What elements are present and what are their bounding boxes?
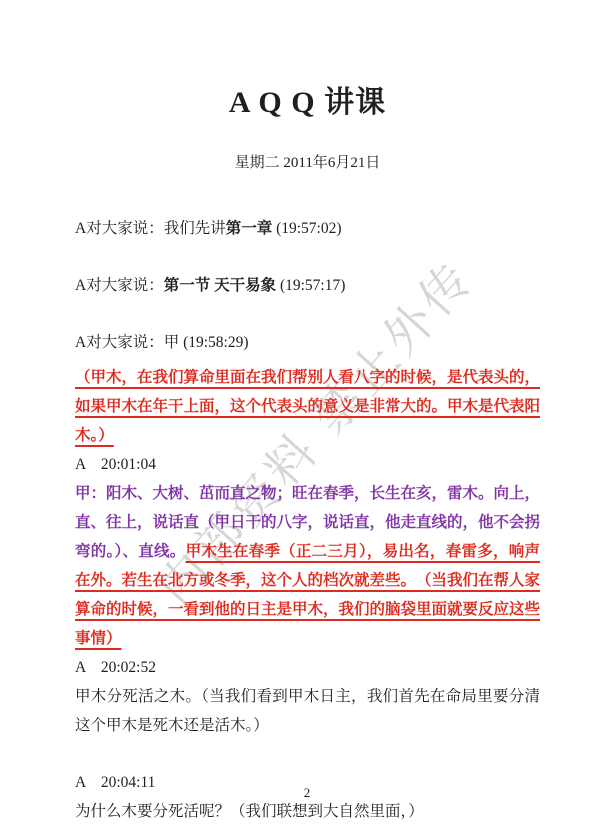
text-segment-plain: A对大家说： <box>75 277 164 294</box>
annotation-jiamu: （甲木，在我们算命里面在我们帮别人看八字的时候，是代表头的，如果甲木在年干上面，… <box>75 363 540 450</box>
document-body: A对大家说：我们先讲第一章 (19:57:02)A对大家说：第一节 天干易象 (… <box>75 214 540 826</box>
timestamp-200252: A 20:02:52 <box>75 653 540 682</box>
page-number: 2 <box>0 785 614 801</box>
document-page: 内部资料 禁止外传 A Q Q 讲课 星期二 2011年6月21日 A对大家说：… <box>0 0 614 827</box>
text-segment-plain: A 20:02:52 <box>75 659 156 676</box>
text-segment-plain: (19:57:02) <box>272 220 341 237</box>
lecture-paragraph-jia: 甲：阳木、大树、茁而直之物；旺在春季，长生在亥，雷木。向上，直、往上，说话直（甲… <box>75 479 540 653</box>
text-segment-plain: A对大家说：甲 (19:58:29) <box>75 334 249 351</box>
text-segment-plain: A 20:01:04 <box>75 456 156 473</box>
text-segment-bold: 第一章 <box>226 220 273 237</box>
chat-line-chapter: A对大家说：我们先讲第一章 (19:57:02) <box>75 214 540 243</box>
page-title: A Q Q 讲课 <box>75 82 540 124</box>
text-segment-plain: A对大家说：我们先讲 <box>75 220 226 237</box>
text-segment-plain: (19:57:17) <box>276 277 345 294</box>
text-segment-bold: 第一节 天干易象 <box>164 277 276 294</box>
chat-line-section: A对大家说：第一节 天干易象 (19:57:17) <box>75 271 540 300</box>
text-segment-plain: 为什么木要分死活呢？（我们联想到大自然里面，） <box>75 803 424 820</box>
paragraph-dead-alive-wood: 甲木分死活之木。（当我们看到甲木日主，我们首先在命局里要分清这个甲木是死木还是活… <box>75 682 540 740</box>
text-segment-plain: 甲木分死活之木。（当我们看到甲木日主，我们首先在命局里要分清这个甲木是死木还是活… <box>75 688 540 734</box>
chat-line-jia: A对大家说：甲 (19:58:29) <box>75 328 540 357</box>
document-date: 星期二 2011年6月21日 <box>75 152 540 174</box>
text-segment-red: （甲木，在我们算命里面在我们帮别人看八字的时候，是代表头的，如果甲木在年干上面，… <box>75 369 540 444</box>
document-content: A Q Q 讲课 星期二 2011年6月21日 A对大家说：我们先讲第一章 (1… <box>75 82 540 826</box>
timestamp-200104: A 20:01:04 <box>75 450 540 479</box>
paragraph-why-dead-alive: 为什么木要分死活呢？（我们联想到大自然里面，） <box>75 797 540 826</box>
